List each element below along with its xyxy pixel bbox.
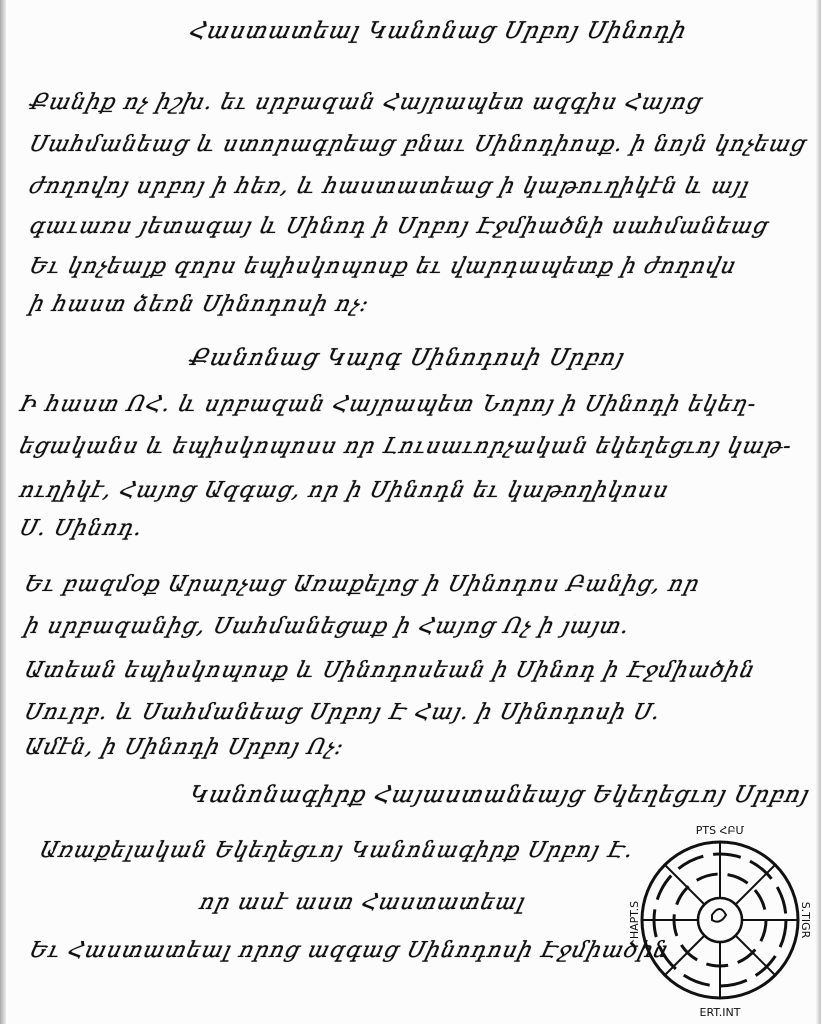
text-line: Սահմանեաց և ստորագրեաց բնաւ Սինոդիոսք. ի… xyxy=(27,132,810,157)
text-line: գաւառս յետագայ և Սինոդ ի Սրբոյ Էջմիածնի … xyxy=(27,214,772,239)
svg-text:PTS ՀԲՄ: PTS ՀԲՄ xyxy=(696,824,745,837)
text-line: Ամէն, ի Սինոդի Սրբոյ Ոչ։ xyxy=(22,735,347,760)
section-4-heading: Կանոնագիրք Հայաստանեայց Եկեղեցւոյ Սրբոյ xyxy=(187,782,813,808)
text-line: Եւ բազմօք Արարչաց Առաքելոց ի Սինոդոս Բան… xyxy=(22,572,703,597)
text-line: Եւ կոչեալք զորս եպիսկոպոսք եւ վարդապետք … xyxy=(27,254,739,279)
text-line: ժողովոյ սրբոյ ի հեռ, և հաստատեաց ի կաթու… xyxy=(27,174,752,199)
section-1-heading: Հաստատեալ Կանոնաց Սրբոյ Սինոդի xyxy=(187,18,690,44)
svg-text:S.TIGR: S.TIGR xyxy=(799,902,812,939)
stamp-wheel-icon: PTS ՀԲՄ S.TIGR ERT.INT HAPT.S xyxy=(620,820,820,1020)
text-line: եցականս և եպիսկոպոսս որ Լուսաւորչական եկ… xyxy=(17,434,795,459)
text-line: ի հաստ ձեռն Սինոդոսի ոչ։ xyxy=(27,292,372,317)
text-line: որ ասէ աստ Հաստատեալ xyxy=(197,890,528,915)
text-line: Սուրբ. և Սահմանեաց Սրբոյ Է Հայ. ի Սինոդո… xyxy=(22,700,664,725)
text-line: Քանիք ոչ իշխ. եւ սրբազան Հայրապետ ազգիս … xyxy=(27,90,705,115)
text-line: Ս. Սինոդ. xyxy=(17,516,146,541)
manuscript-page: Հաստատեալ Կանոնաց Սրբոյ Սինոդի Քանիք ոչ … xyxy=(0,0,821,1024)
svg-text:ERT.INT: ERT.INT xyxy=(700,1006,741,1019)
text-line: ուղիկէ, Հայոց Ազգաց, որ ի Սինոդն եւ կաթո… xyxy=(17,478,672,503)
section-2-heading: Քանոնաց Կարգ Սինոդոսի Սրբոյ xyxy=(187,345,628,371)
text-line: Եւ Հաստատեալ որոց ազգաց Սինոդոսի Էջմիածի… xyxy=(27,938,672,963)
svg-text:HAPT.S: HAPT.S xyxy=(628,901,641,939)
text-line: Ատեան եպիսկոպոսք և Սինոդոսեան ի Սինոդ ի … xyxy=(22,658,758,683)
text-line: Ի հաստ ՈՀ. և սրբազան Հայրապետ Նորոյ ի Սի… xyxy=(17,392,760,417)
page-edge-left xyxy=(0,0,6,1024)
text-line: ի սրբազանից, Սահմանեցաք ի Հայոց Ոչ ի յայ… xyxy=(22,614,633,639)
text-line: Առաքելական Եկեղեցւոյ Կանոնագիրք Սրբոյ Է. xyxy=(37,838,637,863)
library-stamp: PTS ՀԲՄ S.TIGR ERT.INT HAPT.S xyxy=(620,820,820,1020)
